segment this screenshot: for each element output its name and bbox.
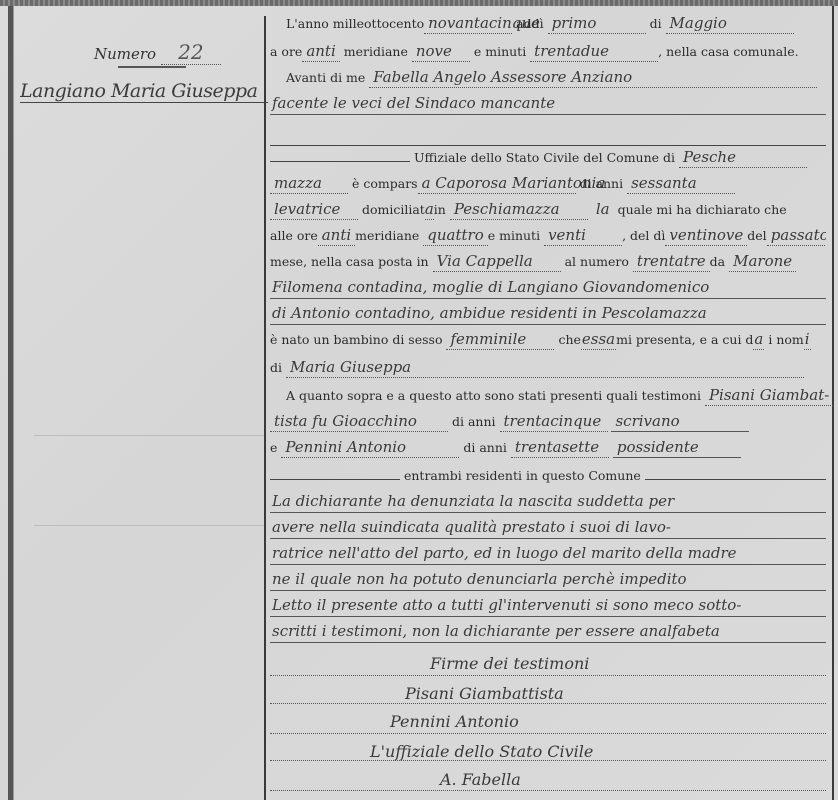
officer-title: L'uffiziale dello Stato Civile — [370, 742, 593, 761]
numero-value: 22 — [161, 40, 221, 65]
remark-line: scritti i testimoni, non la dichiarante … — [270, 620, 826, 644]
mother-field: Marone — [729, 251, 796, 272]
register-page: Numero 22 Langiano Maria Giuseppa L'anno… — [0, 0, 838, 800]
column-divider — [264, 16, 266, 800]
witnesses-signatures-heading: Firme dei testimoni — [430, 654, 589, 673]
bleed-through-line — [34, 435, 264, 436]
line-address: mese, nella casa posta in Via Cappella a… — [270, 250, 826, 274]
month-field: Maggio — [666, 13, 794, 34]
minutes-field: trentadue — [530, 41, 658, 62]
ante-field: anti — [302, 41, 339, 62]
remark-line: avere nella suindicata qualità prestato … — [270, 516, 826, 540]
hour-field: nove — [412, 41, 470, 62]
declarant-age-field: sessanta — [627, 173, 735, 194]
child-name-field: Maria Giuseppa — [286, 357, 804, 378]
bleed-through-line — [34, 525, 264, 526]
domicile-field: Peschiamazza — [450, 199, 588, 220]
margin-column: Numero 22 Langiano Maria Giuseppa — [14, 0, 264, 800]
line-domicile: levatrice domiciliatain Peschiamazza la … — [270, 198, 826, 222]
witness1-signature: Pisani Giambattista — [405, 684, 564, 703]
comune-field: Pesche — [679, 147, 807, 168]
remark-line: La dichiarante ha denunziata la nascita … — [270, 490, 826, 514]
line-officer-cont: facente le veci del Sindaco mancante — [270, 92, 826, 116]
line-officer: Avanti di me Fabella Angelo Assessore An… — [270, 66, 838, 90]
street-field: Via Cappella — [433, 251, 561, 272]
line-witness1-cont: tista fu Gioacchino di anni trentacinque… — [270, 410, 826, 434]
line-declarant: mazza è comparsa Caporosa Mariantonia di… — [270, 172, 826, 196]
witness2-signature: Pennini Antonio — [390, 712, 519, 731]
house-number-field: trentatre — [633, 251, 710, 272]
declarant-field: a Caporosa Mariantonia — [418, 173, 576, 194]
line-witness2: e Pennini Antonio di anni trentasette po… — [270, 436, 826, 460]
line-child-name: di Maria Giuseppa — [270, 356, 826, 380]
officer-field: Fabella Angelo Assessore Anziano — [369, 67, 817, 88]
year-field: novantacinque — [424, 13, 512, 34]
day-field: primo — [548, 13, 646, 34]
officer-signature: A. Fabella — [440, 770, 521, 789]
line-date: L'anno milleottocentonovantacinque addì … — [270, 12, 838, 36]
line-time: a oreanti meridiane nove e minuti trenta… — [270, 40, 826, 64]
line-birth-time: alle oreantimeridiane quattroe minuti ve… — [270, 224, 826, 248]
witness1-field: Pisani Giambat- — [705, 385, 833, 406]
line-parents-cont: di Antonio contadino, ambidue residenti … — [270, 302, 826, 326]
numero-underline — [118, 66, 186, 68]
entry-number: Numero 22 — [94, 40, 221, 65]
birth-act-form: L'anno milleottocentonovantacinque addì … — [270, 0, 828, 800]
witness2-field: Pennini Antonio — [281, 437, 459, 458]
remark-line: Letto il presente atto a tutti gl'interv… — [270, 594, 826, 618]
margin-subject-name: Langiano Maria Giuseppa — [20, 80, 268, 103]
line-sex: è nato un bambino di sesso femminile che… — [270, 328, 826, 352]
line-parents: Filomena contadina, moglie di Langiano G… — [270, 276, 826, 300]
line-witnesses: A quanto sopra e a questo atto sono stat… — [270, 384, 838, 408]
line-comune: Uffiziale dello Stato Civile del Comune … — [270, 146, 826, 170]
sex-field: femminile — [446, 329, 554, 350]
line-residents: entrambi residenti in questo Comune — [270, 464, 826, 488]
remark-line: ratrice nell'atto del parto, ed in luogo… — [270, 542, 826, 566]
numero-label: Numero — [94, 45, 156, 63]
remark-line: ne il quale non ha potuto denunciarla pe… — [270, 568, 826, 592]
